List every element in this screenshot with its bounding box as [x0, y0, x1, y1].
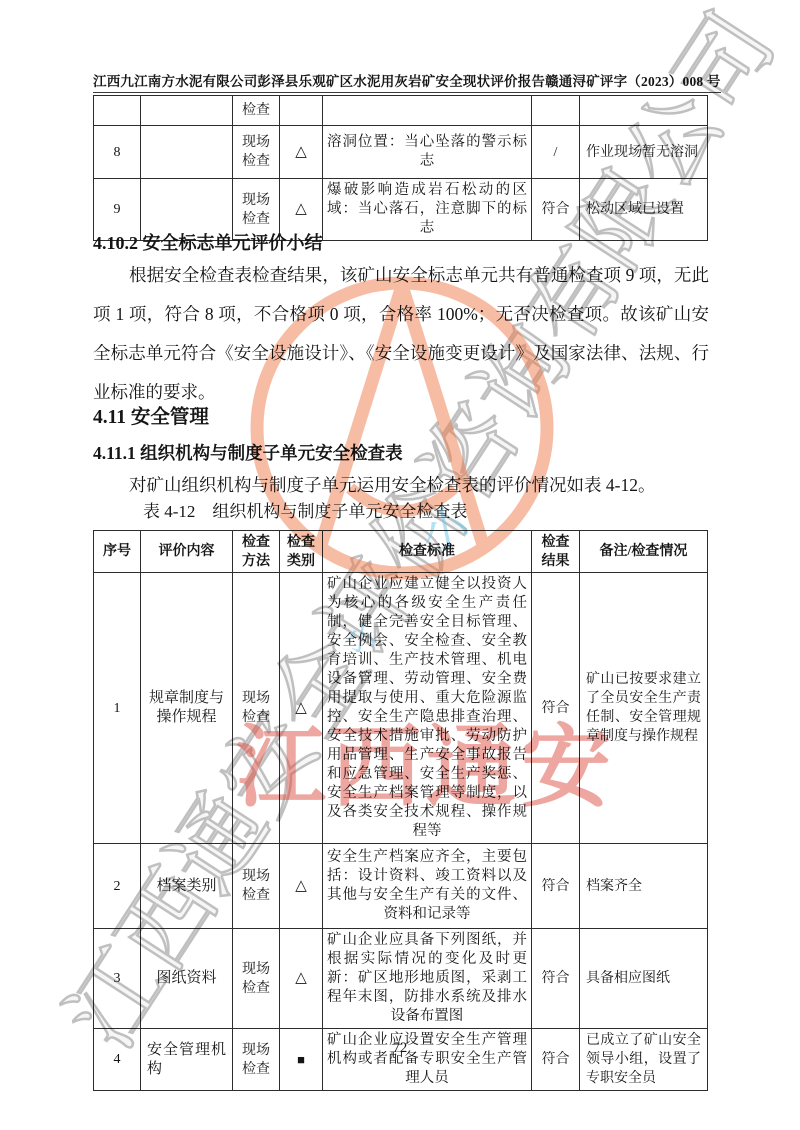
table-caption-4-12: 表 4-12 组织机构与制度子单元安全检查表	[143, 497, 467, 522]
cell-note: 档案齐全	[580, 844, 708, 929]
cell-content: 规章制度与操作规程	[141, 573, 233, 844]
col-header-standard: 检查标准	[323, 531, 532, 573]
cell-note: 具备相应图纸	[580, 929, 708, 1029]
cell-method: 现场检查	[233, 844, 280, 929]
cell-no: 2	[94, 844, 141, 929]
triangle-symbol: △	[280, 573, 323, 844]
section-heading-4-10-2: 4.10.2 安全标志单元评价小结	[93, 229, 323, 255]
page-number: 72	[0, 1040, 800, 1057]
document-page: 江西九江南方水泥有限公司彭泽县乐观矿区水泥用灰岩矿安全现状评价报告 赣通浔矿评字…	[0, 0, 800, 1130]
cell-standard: 溶洞位置：当心坠落的警示标志	[323, 126, 532, 179]
triangle-symbol: △	[280, 844, 323, 929]
col-header-no: 序号	[94, 531, 141, 573]
cell-method: 现场检查	[233, 1029, 280, 1091]
triangle-symbol: △	[280, 126, 323, 179]
section-heading-4-11-1: 4.11.1 组织机构与制度子单元安全检查表	[93, 440, 403, 465]
table-row: 1 规章制度与操作规程 现场检查 △ 矿山企业应建立健全以投资人为核心的各级安全…	[94, 573, 708, 844]
cell-content	[141, 126, 233, 179]
section-heading-4-11: 4.11 安全管理	[93, 401, 209, 429]
col-header-category: 检查类别	[280, 531, 323, 573]
table-row: 3 图纸资料 现场检查 △ 矿山企业应具备下列图纸，并根据实际情况的变化及时更新…	[94, 929, 708, 1029]
cell-method-continuation: 检查	[233, 96, 280, 126]
cell-standard	[323, 96, 532, 126]
cell-result: 符合	[532, 929, 580, 1029]
cell-method: 现场检查	[233, 126, 280, 179]
cell-note: 已成立了矿山安全领导小组，设置了专职安全员	[580, 1029, 708, 1091]
cell-content: 安全管理机构	[141, 1029, 233, 1091]
cell-content: 档案类别	[141, 844, 233, 929]
table-header-row: 序号 评价内容 检查方法 检查类别 检查标准 检查结果 备注/检查情况	[94, 531, 708, 573]
cell-result: 符合	[532, 573, 580, 844]
cell-no: 1	[94, 573, 141, 844]
triangle-symbol: △	[280, 929, 323, 1029]
cell-no	[94, 96, 141, 126]
cell-no: 8	[94, 126, 141, 179]
cell-result	[532, 96, 580, 126]
organization-system-checklist-table: 序号 评价内容 检查方法 检查类别 检查标准 检查结果 备注/检查情况 1 规章…	[93, 530, 708, 1091]
cell-standard: 矿山企业应具备下列图纸，并根据实际情况的变化及时更新：矿区地形地质图，采剥工程年…	[323, 929, 532, 1029]
col-header-method: 检查方法	[233, 531, 280, 573]
cell-content: 图纸资料	[141, 929, 233, 1029]
cell-result: 符合	[532, 844, 580, 929]
table-row: 4 安全管理机构 现场检查 ■ 矿山企业应设置安全生产管理机构或者配备专职安全生…	[94, 1029, 708, 1091]
cell-content	[141, 96, 233, 126]
cell-note: 作业现场暂无溶洞	[580, 126, 708, 179]
cell-note: 松动区域已设置	[580, 179, 708, 241]
cell-result: 符合	[532, 179, 580, 241]
paragraph-summary-4-10-2: 根据安全检查表检查结果，该矿山安全标志单元共有普通检查项 9 项，无此项 1 项…	[93, 256, 709, 412]
safety-sign-checklist-table: 检查 8 现场检查 △ 溶洞位置：当心坠落的警示标志 / 作业现场暂无溶洞 9 …	[93, 95, 708, 241]
cell-standard: 爆破影响造成岩石松动的区域：当心落石，注意脚下的标志	[323, 179, 532, 241]
col-header-result: 检查结果	[532, 531, 580, 573]
header-document-number: 赣通浔矿评字（2023）008 号	[545, 70, 721, 93]
table-continuation-row: 检查	[94, 96, 708, 126]
cell-note	[580, 96, 708, 126]
cell-note: 矿山已按要求建立了全员安全生产责任制、安全管理规章制度与操作规程	[580, 573, 708, 844]
col-header-content: 评价内容	[141, 531, 233, 573]
header-report-title: 江西九江南方水泥有限公司彭泽县乐观矿区水泥用灰岩矿安全现状评价报告	[93, 70, 545, 93]
square-symbol: ■	[280, 1029, 323, 1091]
cell-no: 4	[94, 1029, 141, 1091]
col-header-note: 备注/检查情况	[580, 531, 708, 573]
cell-category	[280, 96, 323, 126]
table-row: 8 现场检查 △ 溶洞位置：当心坠落的警示标志 / 作业现场暂无溶洞	[94, 126, 708, 179]
page-header: 江西九江南方水泥有限公司彭泽县乐观矿区水泥用灰岩矿安全现状评价报告 赣通浔矿评字…	[93, 70, 709, 93]
table-row: 2 档案类别 现场检查 △ 安全生产档案应齐全，主要包括：设计资料、竣工资料以及…	[94, 844, 708, 929]
cell-method: 现场检查	[233, 573, 280, 844]
cell-standard: 矿山企业应建立健全以投资人为核心的各级安全生产责任制，健全完善安全目标管理、安全…	[323, 573, 532, 844]
cell-method: 现场检查	[233, 929, 280, 1029]
cell-result: /	[532, 126, 580, 179]
cell-result: 符合	[532, 1029, 580, 1091]
cell-standard: 矿山企业应设置安全生产管理机构或者配备专职安全生产管理人员	[323, 1029, 532, 1091]
cell-standard: 安全生产档案应齐全，主要包括：设计资料、竣工资料以及其他与安全生产有关的文件、资…	[323, 844, 532, 929]
cell-no: 3	[94, 929, 141, 1029]
